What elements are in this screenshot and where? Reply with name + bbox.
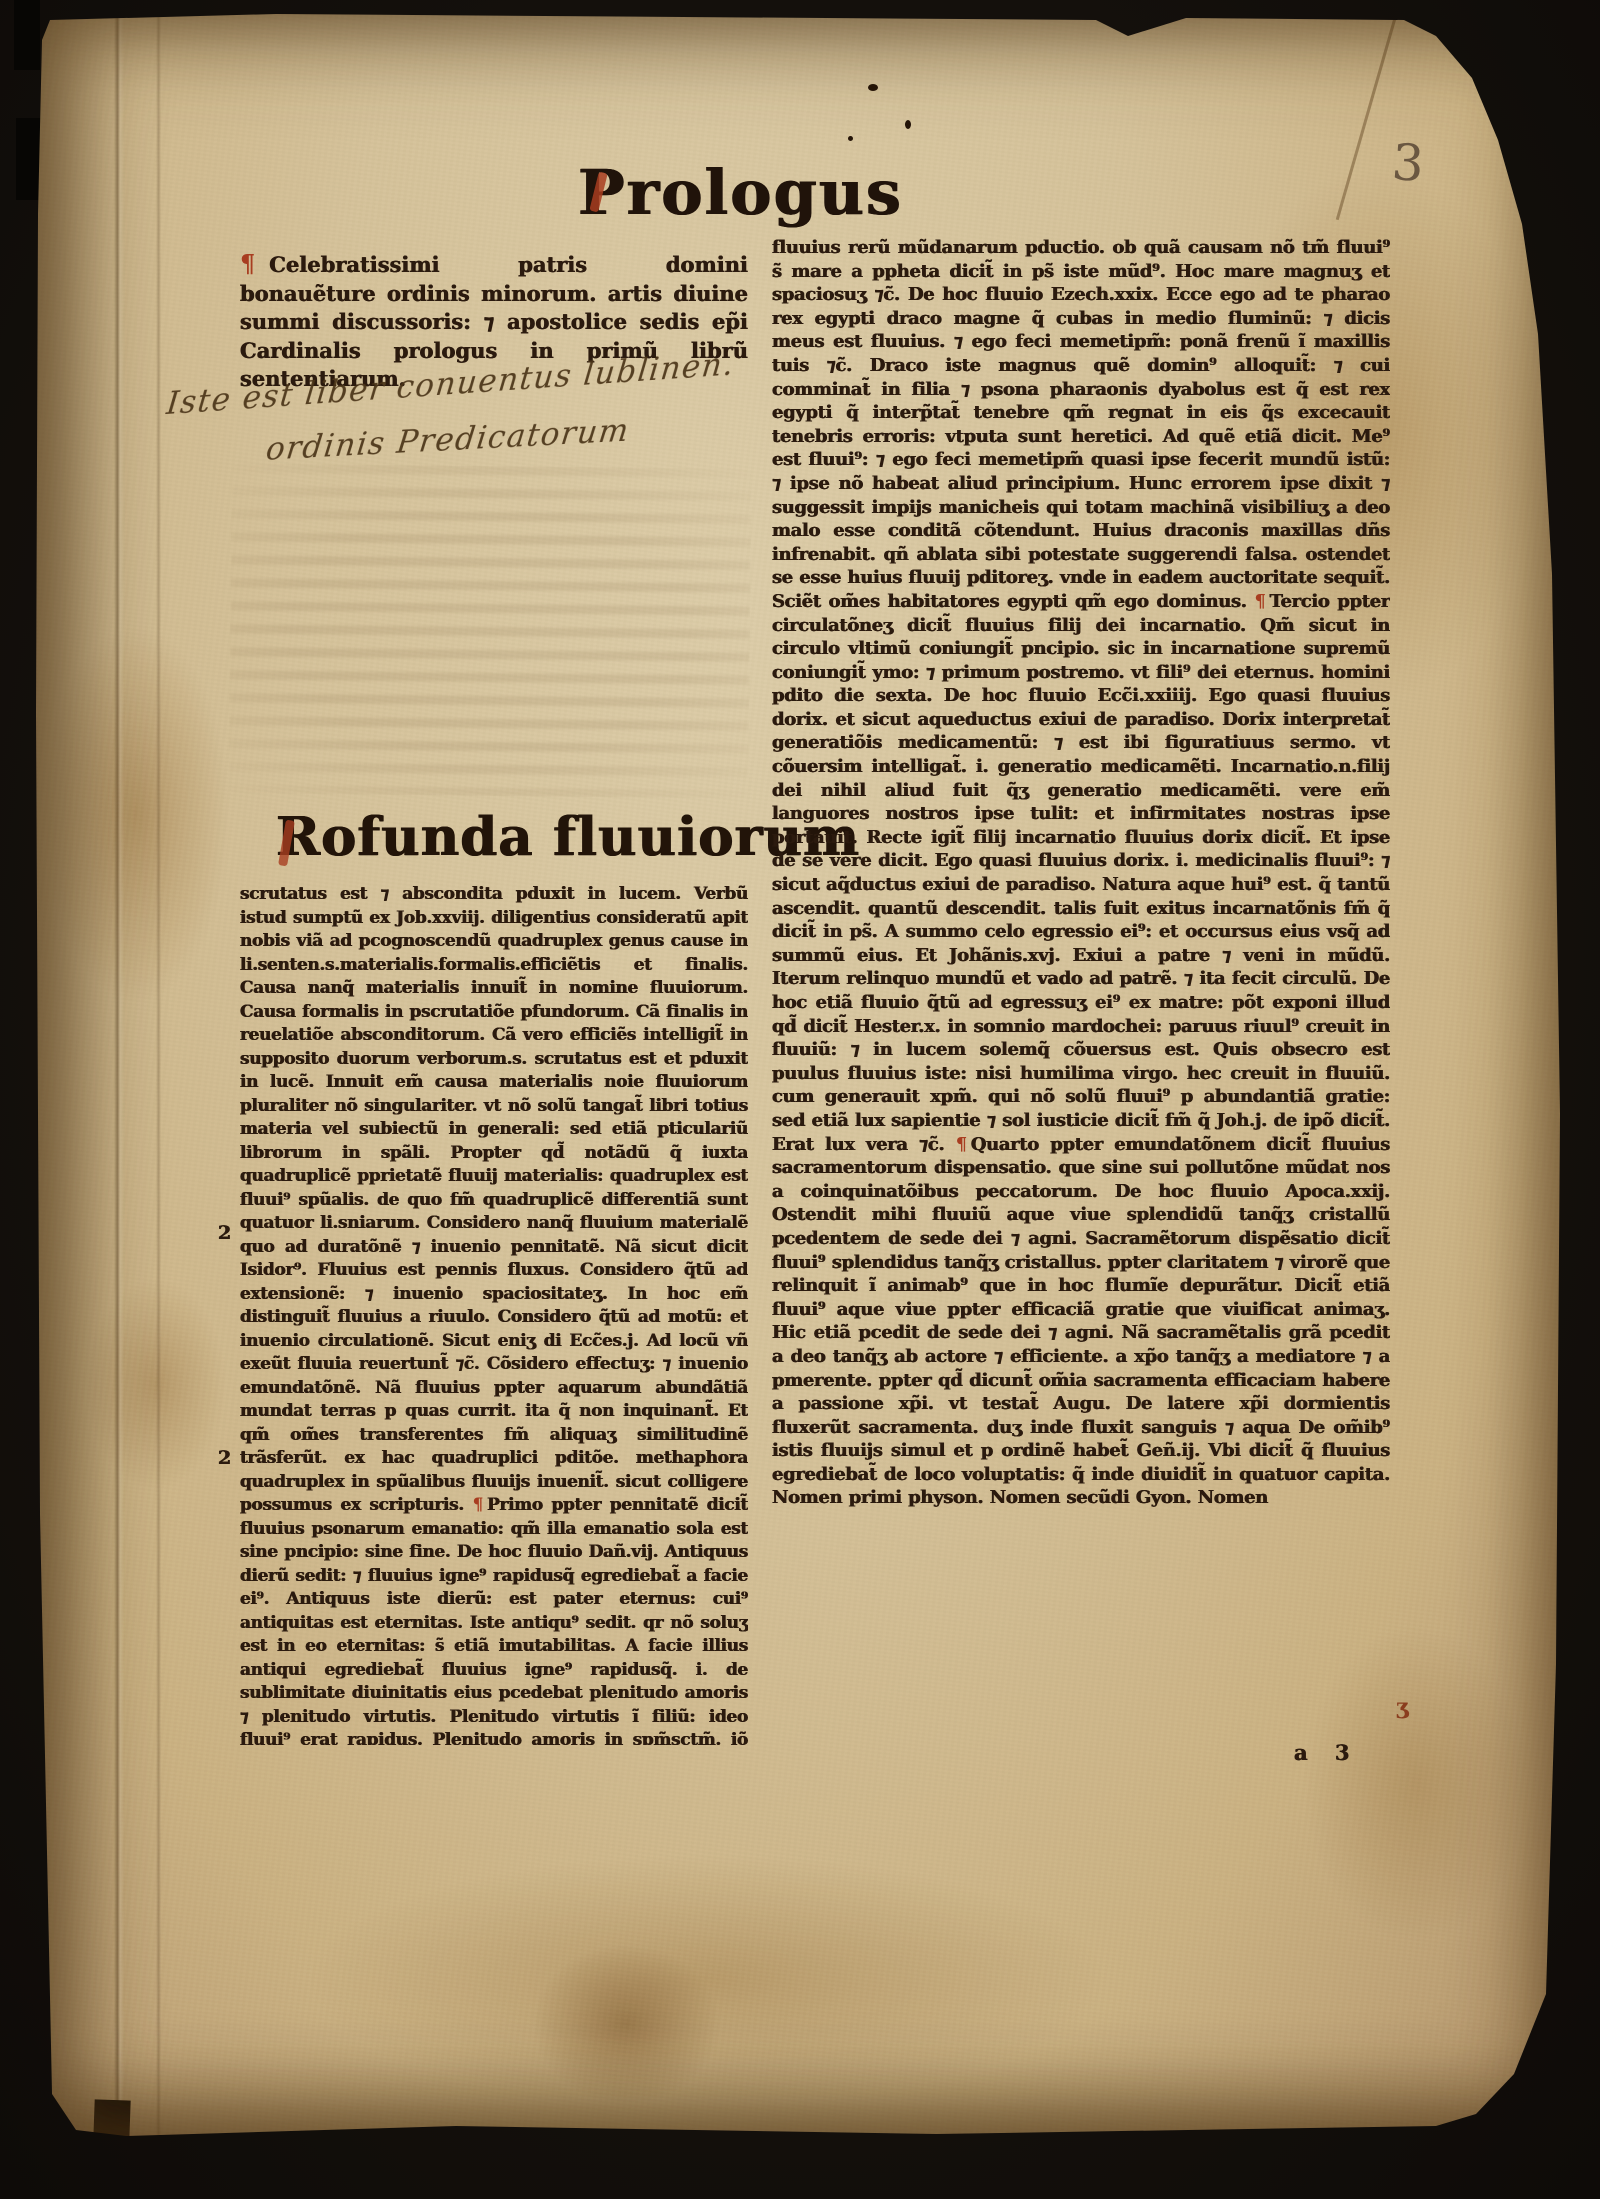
verso-text-showthrough xyxy=(228,463,751,798)
page-title: Prologus xyxy=(578,156,903,229)
left-text-column: ¶scrutatus est ⁊ abscondita pduxit in lu… xyxy=(240,883,748,1745)
photo-of-incunabulum-page: { "photo": { "background_color": "#16110… xyxy=(0,0,1600,2199)
margin-mark-right-lower: ʒ xyxy=(1396,1694,1409,1720)
ink-speck xyxy=(848,136,853,141)
paragraph-text: scrutatus est ⁊ abscondita pduxit in luc… xyxy=(240,884,748,1515)
ownership-inscription-line2: ordinis Predicatorum xyxy=(264,412,632,467)
pilcrow-rubric: ¶ xyxy=(240,249,259,278)
right-text-column: ¶fluuius rerũ mũdanarum pductio. ob quã … xyxy=(772,236,1390,1750)
folio-number: 3 xyxy=(1390,133,1426,193)
text-paragraph: ¶Tercio ppter circulatõneʒ dicit̃ fluuiu… xyxy=(772,591,1390,1155)
margin-mark-left-upper: 2 xyxy=(218,1222,231,1244)
parchment-stain xyxy=(56,1234,256,1534)
pilcrow-rubric: ¶ xyxy=(473,1495,487,1515)
parchment-stain xyxy=(176,1814,1236,2144)
gutter-fold-crease xyxy=(114,14,124,2136)
quire-signature: a 3 xyxy=(1294,1740,1360,1765)
pilcrow-rubric: ¶ xyxy=(1254,591,1269,612)
text-paragraph: ¶scrutatus est ⁊ abscondita pduxit in lu… xyxy=(240,884,748,1515)
ink-speck xyxy=(905,120,911,129)
manuscript-page: Prologus 3 ¶Celebratissimi patris domini… xyxy=(36,14,1568,2136)
page-title-text: Prologus xyxy=(578,156,903,229)
text-paragraph: ¶fluuius rerũ mũdanarum pductio. ob quã … xyxy=(772,237,1390,612)
text-paragraph: ¶Primo ppter pennitatẽ dicit̃ fluuius ps… xyxy=(240,1495,748,1745)
binding-edge-artifact xyxy=(14,0,40,70)
text-paragraph: ¶Quarto ppter emundatõnem dicit̃ fluuius… xyxy=(772,1134,1390,1509)
gutter-fold-crease xyxy=(156,14,161,2136)
pilcrow-rubric: ¶ xyxy=(956,1134,971,1155)
margin-mark-left-lower: 2 xyxy=(218,1447,231,1469)
paragraph-text: fluuius rerũ mũdanarum pductio. ob quã c… xyxy=(772,237,1390,612)
parchment-stain xyxy=(496,1914,756,2134)
ink-speck xyxy=(868,84,878,91)
parchment-stain xyxy=(6,554,266,1074)
paragraph-text: Quarto ppter emundatõnem dicit̃ fluuius … xyxy=(772,1134,1390,1509)
paragraph-text: Tercio ppter circulatõneʒ dicit̃ fluuius… xyxy=(772,591,1390,1155)
paragraph-text: Primo ppter pennitatẽ dicit̃ fluuius pso… xyxy=(240,1495,748,1745)
